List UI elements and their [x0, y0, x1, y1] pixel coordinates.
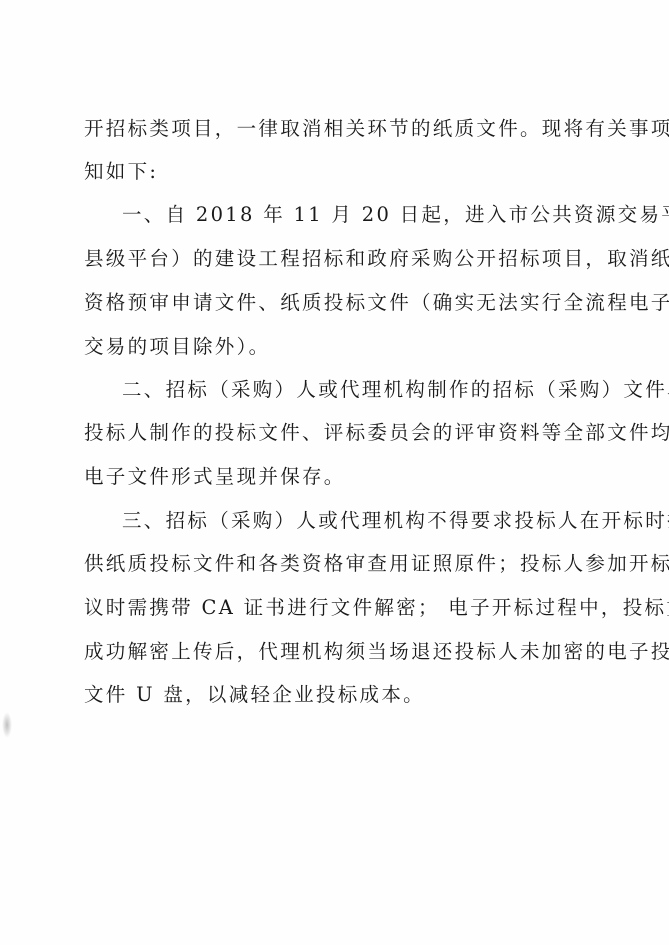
paragraph-3-start: 三、招标（采购）人或代理机构不得要求投标人在开标时提 [122, 509, 590, 533]
document-page: 开招标类项目，一律取消相关环节的纸质文件。现将有关事项通 知如下: 一、自 20… [0, 0, 669, 945]
text-line: 知如下: [84, 160, 590, 184]
text-line: 电子文件形式呈现并保存。 [84, 465, 590, 489]
text-line: 议时需携带 CA 证书进行文件解密； 电子开标过程中，投标文件 [84, 596, 590, 620]
text-line: 交易的项目除外）。 [84, 335, 590, 359]
text-line: 资格预审申请文件、纸质投标文件（确实无法实行全流程电子化 [84, 291, 590, 315]
text-line: 开招标类项目，一律取消相关环节的纸质文件。现将有关事项通 [84, 117, 590, 141]
paragraph-2-start: 二、招标（采购）人或代理机构制作的招标（采购）文件、 [122, 378, 590, 402]
scan-smudge [2, 712, 12, 738]
text-line: 县级平台）的建设工程招标和政府采购公开招标项目，取消纸质 [84, 247, 590, 271]
text-line: 成功解密上传后，代理机构须当场退还投标人未加密的电子投标 [84, 640, 590, 664]
text-line: 供纸质投标文件和各类资格审查用证照原件；投标人参加开标会 [84, 552, 590, 576]
text-line: 投标人制作的投标文件、评标委员会的评审资料等全部文件均以 [84, 421, 590, 445]
text-line: 文件 U 盘，以减轻企业投标成本。 [84, 683, 590, 707]
paragraph-1-start: 一、自 2018 年 11 月 20 日起，进入市公共资源交易平台(含 [122, 203, 590, 227]
